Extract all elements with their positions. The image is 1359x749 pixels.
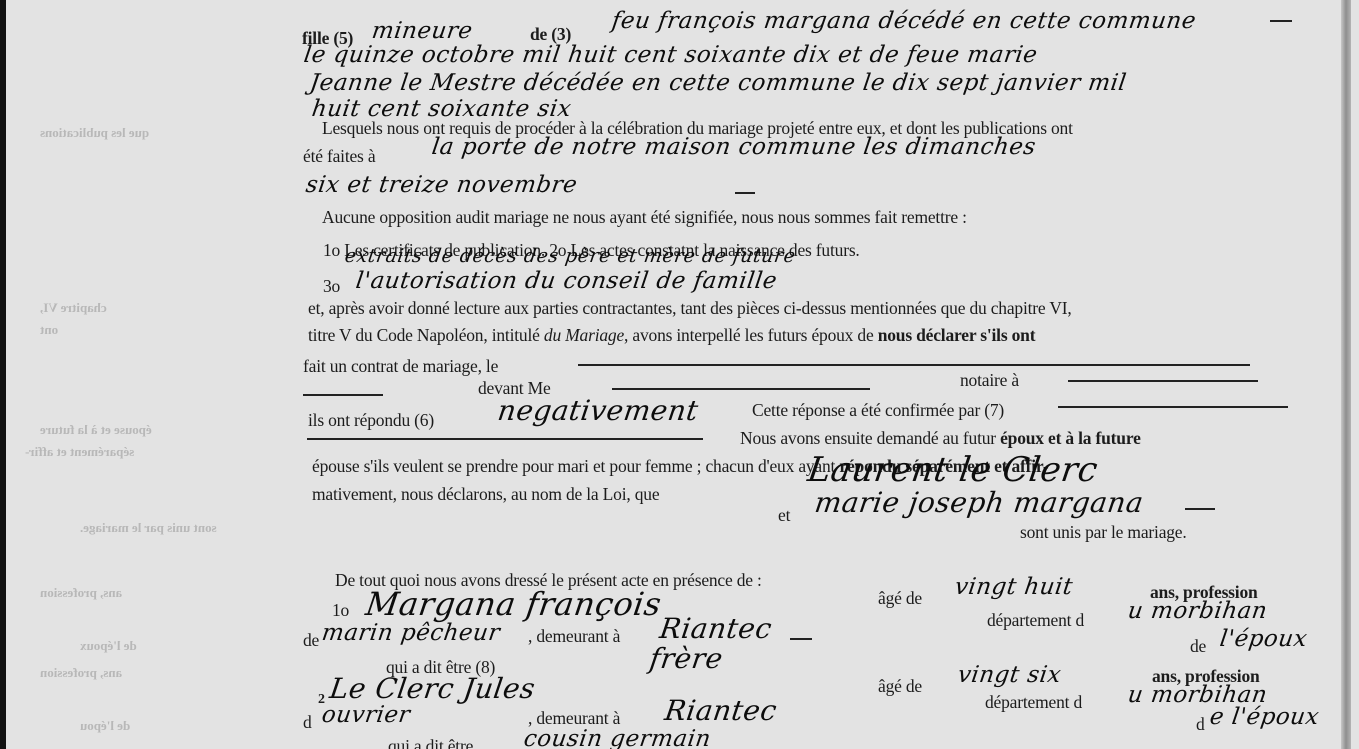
printed-text: , demeurant à [528,626,620,647]
printed-text: qui a dit être [388,736,473,749]
printed-text: titre V du Code Napoléon, intitulé [308,325,540,345]
witness1-name: Margana françois [363,585,664,623]
printed-bold: époux et à la future [1000,428,1141,448]
witness1-profession: marin pêcheur [320,620,502,646]
witness1-relation-of: l'époux [1218,626,1309,652]
printed-text: d [303,712,312,733]
printed-text: épouse s'ils veulent se prendre pour mar… [312,456,835,476]
printed-text: Nous avons ensuite demandé au futur épou… [740,428,1141,449]
witness1-department: u morbihan [1126,598,1269,624]
printed-text: ils ont répondu (6) [308,410,434,431]
ghost-text: de l'époux [80,638,137,654]
witness2-relation-of: e l'époux [1208,704,1321,730]
groom-name-handwritten: Laurent le Clerc [805,450,1100,490]
handwritten-text: le quinze octobre mil huit cent soixante… [302,42,1039,68]
register-page: que les publications chapitre VI, ont ép… [0,0,1359,749]
ghost-text: chapitre VI, [40,300,107,316]
printed-text: titre V du Code Napoléon, intitulé du Ma… [308,325,1035,346]
fill-line [578,364,1250,366]
fill-line [1185,508,1215,510]
printed-text: Aucune opposition audit mariage ne nous … [322,207,967,228]
witness2-relation: cousin germain [522,726,713,749]
handwritten-text: mineure [370,18,474,44]
book-gutter [1341,0,1351,749]
printed-text: et, après avoir donné lecture aux partie… [308,298,1072,319]
printed-bold: nous déclarer s'ils ont [878,325,1036,345]
ghost-text: de l'épou [80,718,130,734]
printed-text: , avons interpellé les futurs époux de [624,325,873,345]
fill-line [735,192,755,194]
handwritten-text: la porte de notre maison commune les dim… [430,134,1037,160]
printed-text: été faites à [303,146,375,167]
fill-line [790,638,812,640]
printed-text: notaire à [960,370,1019,391]
fill-line [303,394,383,396]
printed-text: âgé de [878,676,922,697]
printed-text: Cette réponse a été confirmée par (7) [752,400,1004,421]
handwritten-text: negativement [496,394,701,427]
printed-text: département d [985,692,1082,713]
ghost-text: ont [40,322,58,338]
witness2-town: Riantec [663,694,779,727]
printed-text: âgé de [878,588,922,609]
printed-text: et [778,505,790,526]
witness2-age: vingt six [956,662,1063,688]
fill-line [1068,380,1258,382]
ghost-text: ans, profession [40,585,122,601]
fill-line [1270,20,1292,22]
witness1-relation: frère [648,642,725,675]
printed-text: sont unis par le mariage. [1020,522,1187,543]
scan-left-edge [0,0,6,749]
bride-name-handwritten: marie joseph margana [813,486,1146,519]
handwritten-text: six et treize novembre [304,172,579,198]
witness1-age: vingt huit [953,574,1074,600]
fill-line [307,438,703,440]
handwritten-text: Jeanne le Mestre décédée en cette commun… [308,70,1128,96]
handwritten-text: extraits de décès des père et mère de fu… [343,245,797,267]
printed-text: 3o [323,276,340,297]
witness2-profession: ouvrier [320,702,412,728]
printed-text: de [303,630,319,651]
printed-text: Nous avons ensuite demandé au futur [740,428,996,448]
ghost-text: que les publications [40,125,149,141]
ghost-text: sont unis par le mariage. [80,520,217,536]
handwritten-text: feu françois margana décédé en cette com… [610,8,1198,34]
handwritten-text: l'autorisation du conseil de famille [354,268,779,294]
ghost-text: séparément et affir- [25,444,134,460]
witness2-name: Le Clerc Jules [328,672,538,705]
printed-text: département d [987,610,1084,631]
ghost-text: ans, profession [40,665,122,681]
witness1-town: Riantec [658,612,774,645]
fill-line [1058,406,1288,408]
printed-text: mativement, nous déclarons, au nom de la… [312,484,659,505]
fill-line [612,388,870,390]
printed-italic: du Mariage [544,325,624,345]
printed-text: de [1190,636,1206,657]
ghost-text: épouse et à la future [40,422,152,438]
printed-text: fait un contrat de mariage, le [303,356,498,377]
printed-text: 1o [332,600,349,621]
printed-text: d [1196,714,1205,735]
